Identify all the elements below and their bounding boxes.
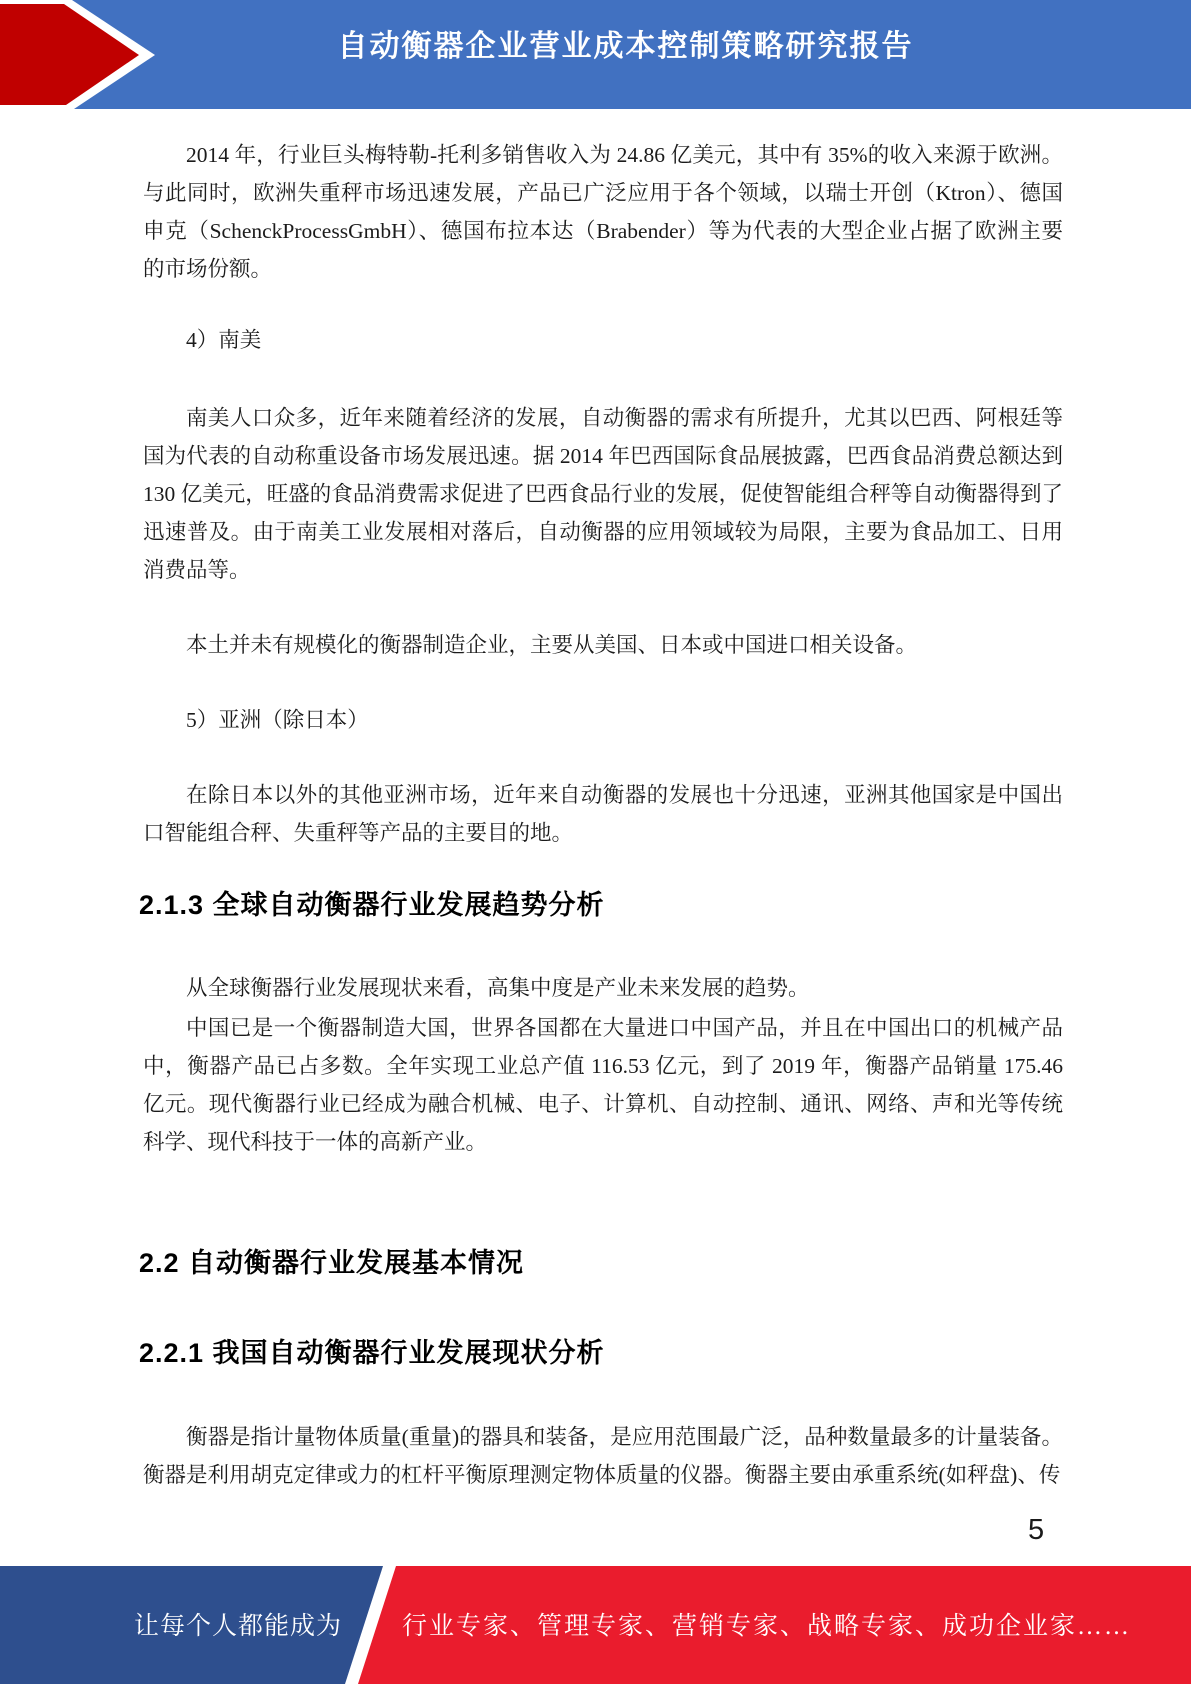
footer-slogan-left: 让每个人都能成为 bbox=[0, 1612, 342, 1642]
paragraph-south-america: 南美人口众多，近年来随着经济的发展，自动衡器的需求有所提升，尤其以巴西、阿根廷等… bbox=[143, 399, 1063, 589]
paragraph-europe-market: 2014 年，行业巨头梅特勒-托利多销售收入为 24.86 亿美元，其中有 35… bbox=[143, 136, 1063, 288]
footer-slogan-right: 行业专家、管理专家、营销专家、战略专家、成功企业家…… bbox=[402, 1612, 1131, 1642]
subheading-asia-except-japan: 5）亚洲（除日本） bbox=[143, 701, 1063, 739]
page-number: 5 bbox=[1028, 1514, 1044, 1547]
footer-banner: 让每个人都能成为 行业专家、管理专家、营销专家、战略专家、成功企业家…… bbox=[0, 1566, 1191, 1684]
paragraph-weighing-definition: 衡器是指计量物体质量(重量)的器具和装备，是应用范围最广泛，品种数量最多的计量装… bbox=[143, 1418, 1063, 1494]
report-page: 自动衡器企业营业成本控制策略研究报告 2014 年，行业巨头梅特勒-托利多销售收… bbox=[0, 0, 1191, 1684]
section-heading-2-2-1: 2.2.1 我国自动衡器行业发展现状分析 bbox=[139, 1332, 605, 1374]
subheading-south-america: 4）南美 bbox=[143, 321, 1063, 359]
paragraph-asia-market: 在除日本以外的其他亚洲市场，近年来自动衡器的发展也十分迅速，亚洲其他国家是中国出… bbox=[143, 776, 1063, 852]
paragraph-china-manufacturing: 中国已是一个衡器制造大国，世界各国都在大量进口中国产品，并且在中国出口的机械产品… bbox=[143, 1009, 1063, 1161]
header-band: 自动衡器企业营业成本控制策略研究报告 bbox=[0, 0, 1191, 109]
paragraph-local-manufacturers: 本土并未有规模化的衡器制造企业，主要从美国、日本或中国进口相关设备。 bbox=[143, 626, 1063, 664]
section-heading-2-2: 2.2 自动衡器行业发展基本情况 bbox=[139, 1242, 524, 1284]
report-title: 自动衡器企业营业成本控制策略研究报告 bbox=[30, 29, 1191, 65]
section-heading-2-1-3: 2.1.3 全球自动衡器行业发展趋势分析 bbox=[139, 884, 605, 926]
paragraph-global-trend: 从全球衡器行业发展现状来看，高集中度是产业未来发展的趋势。 bbox=[143, 969, 1063, 1007]
